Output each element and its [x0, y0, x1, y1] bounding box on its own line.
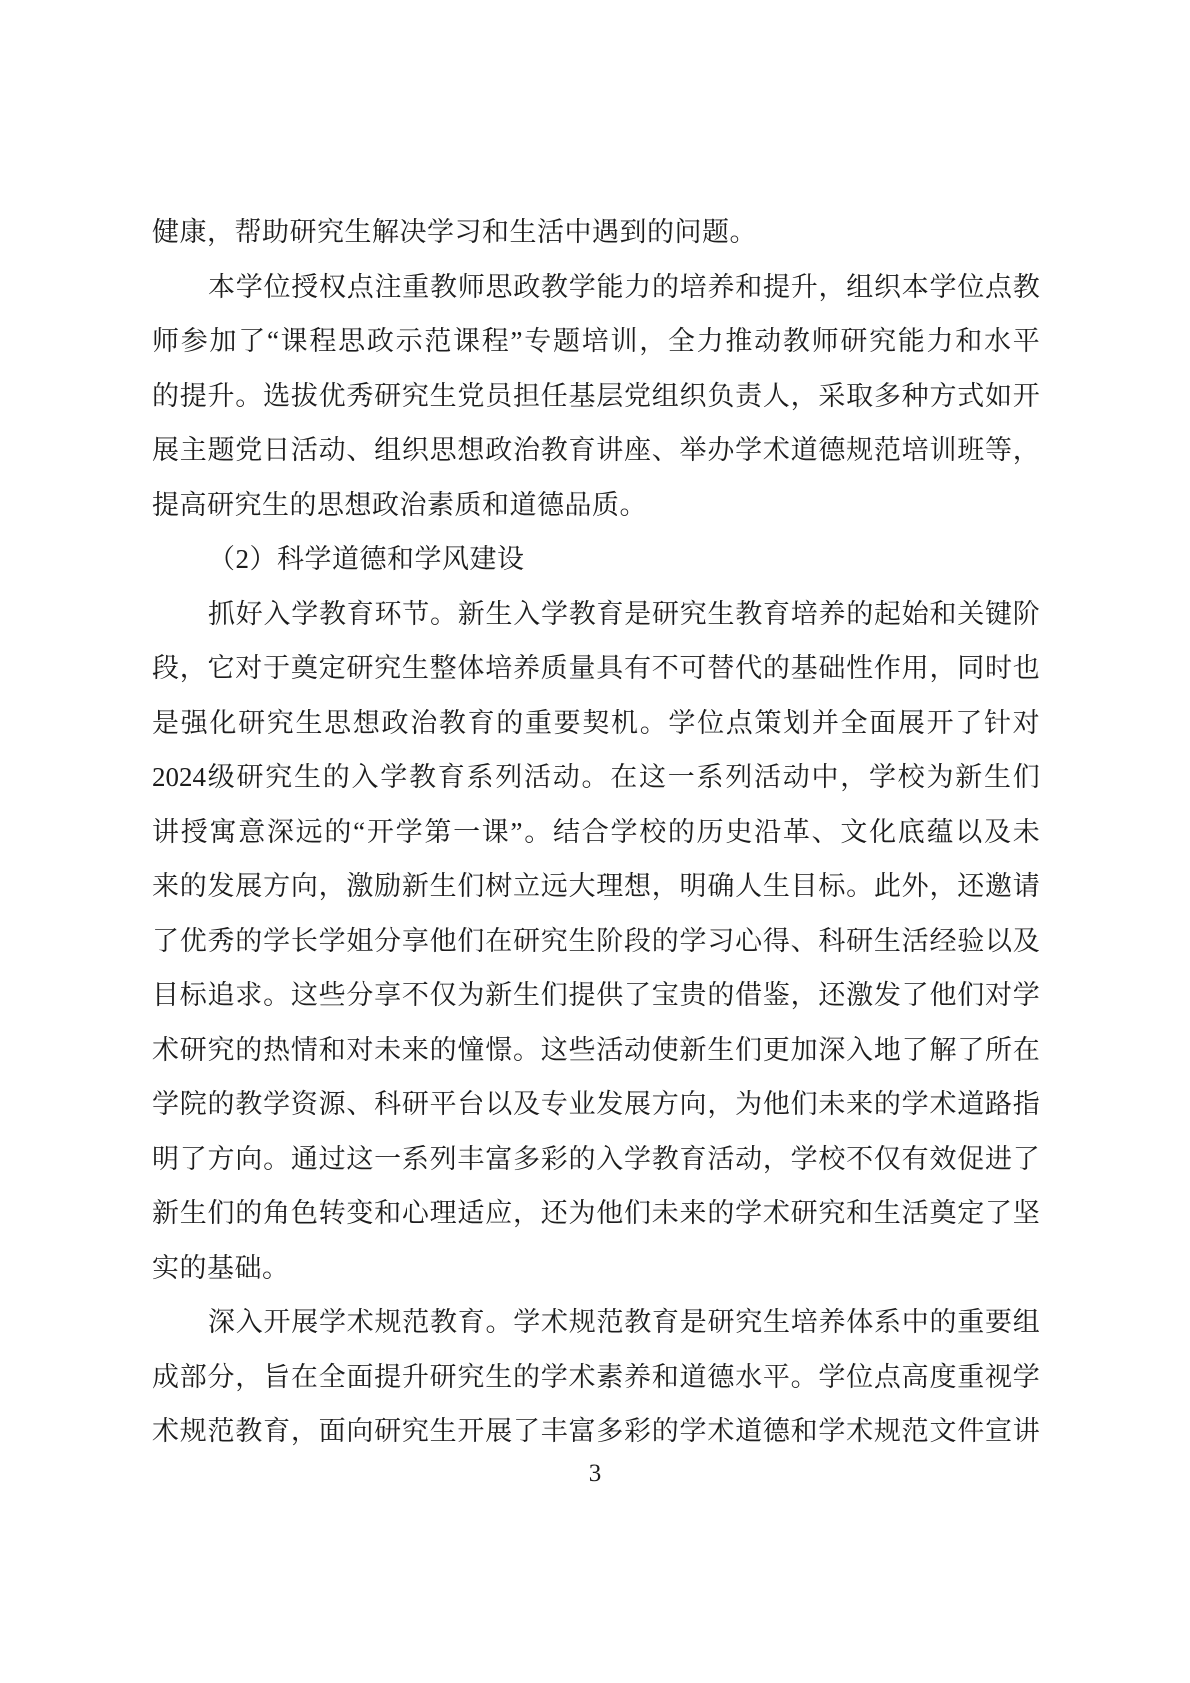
page-number: 3 [0, 1459, 1190, 1489]
text-line: 2024 级研究生的入学教育系列活动。在这一系列活动中，学校为新生们 [152, 750, 1040, 805]
text-line: 的提升。选拔优秀研究生党员担任基层党组织负责人，采取多种方式如开 [152, 369, 1040, 424]
document-page: 健康，帮助研究生解决学习和生活中遇到的问题。本学位授权点注重教师思政教学能力的培… [0, 0, 1190, 1683]
text-line: 术规范教育，面向研究生开展了丰富多彩的学术道德和学术规范文件宣讲 [152, 1404, 1040, 1459]
text-line: 目标追求。这些分享不仅为新生们提供了宝贵的借鉴，还激发了他们对学 [152, 968, 1040, 1023]
text-line: 展主题党日活动、组织思想政治教育讲座、举办学术道德规范培训班等， [152, 423, 1040, 478]
text-line: 是强化研究生思想政治教育的重要契机。学位点策划并全面展开了针对 [152, 696, 1040, 751]
text-line: 本学位授权点注重教师思政教学能力的培养和提升，组织本学位点教 [152, 260, 1040, 315]
text-line: 实的基础。 [152, 1241, 1040, 1296]
text-line: 成部分，旨在全面提升研究生的学术素养和道德水平。学位点高度重视学 [152, 1350, 1040, 1405]
text-line: 了优秀的学长学姐分享他们在研究生阶段的学习心得、科研生活经验以及 [152, 914, 1040, 969]
text-line: 学院的教学资源、科研平台以及专业发展方向，为他们未来的学术道路指 [152, 1077, 1040, 1132]
text-line: 新生们的角色转变和心理适应，还为他们未来的学术研究和生活奠定了坚 [152, 1186, 1040, 1241]
section-heading: （2）科学道德和学风建设 [152, 532, 1040, 587]
text-line: 段，它对于奠定研究生整体培养质量具有不可替代的基础性作用，同时也 [152, 641, 1040, 696]
page-body: 健康，帮助研究生解决学习和生活中遇到的问题。本学位授权点注重教师思政教学能力的培… [152, 205, 1040, 1459]
text-line: 讲授寓意深远的“开学第一课”。结合学校的历史沿革、文化底蕴以及未 [152, 805, 1040, 860]
text-line: 明了方向。通过这一系列丰富多彩的入学教育活动，学校不仅有效促进了 [152, 1132, 1040, 1187]
text-line: 健康，帮助研究生解决学习和生活中遇到的问题。 [152, 205, 1040, 260]
text-line: 术研究的热情和对未来的憧憬。这些活动使新生们更加深入地了解了所在 [152, 1023, 1040, 1078]
text-line: 提高研究生的思想政治素质和道德品质。 [152, 478, 1040, 533]
text-line: 来的发展方向，激励新生们树立远大理想，明确人生目标。此外，还邀请 [152, 859, 1040, 914]
text-line: 深入开展学术规范教育。学术规范教育是研究生培养体系中的重要组 [152, 1295, 1040, 1350]
text-line: 师参加了“课程思政示范课程”专题培训，全力推动教师研究能力和水平 [152, 314, 1040, 369]
text-line: 抓好入学教育环节。新生入学教育是研究生教育培养的起始和关键阶 [152, 587, 1040, 642]
